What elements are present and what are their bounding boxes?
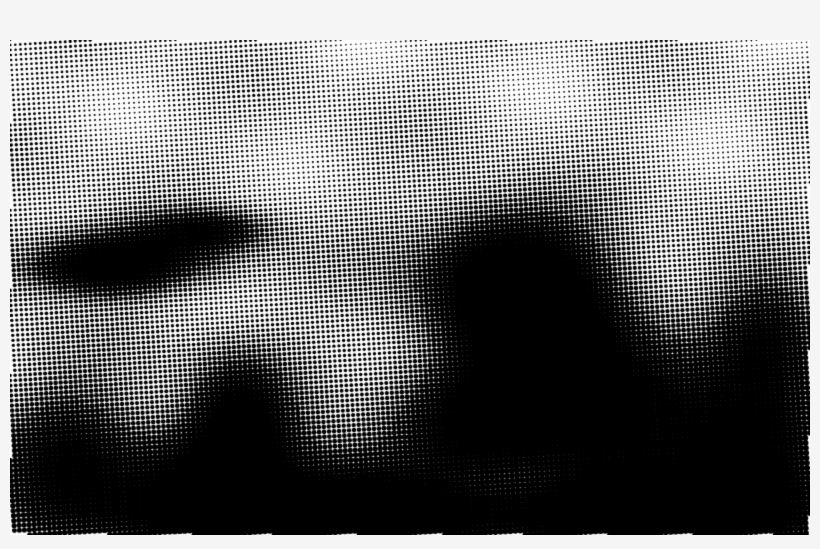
halftone-photo: Black and white halftone dot image of a … — [10, 40, 810, 535]
halftone-canvas — [10, 40, 810, 535]
